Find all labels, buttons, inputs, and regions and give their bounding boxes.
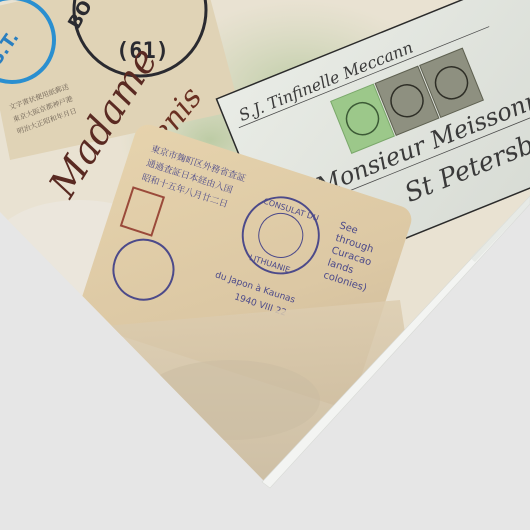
wrapping-paper-photo: 文字書状便用紙郵送 東京大阪京都神戸港 明治大正昭和年月日 S.T. BO (6…: [0, 0, 530, 530]
